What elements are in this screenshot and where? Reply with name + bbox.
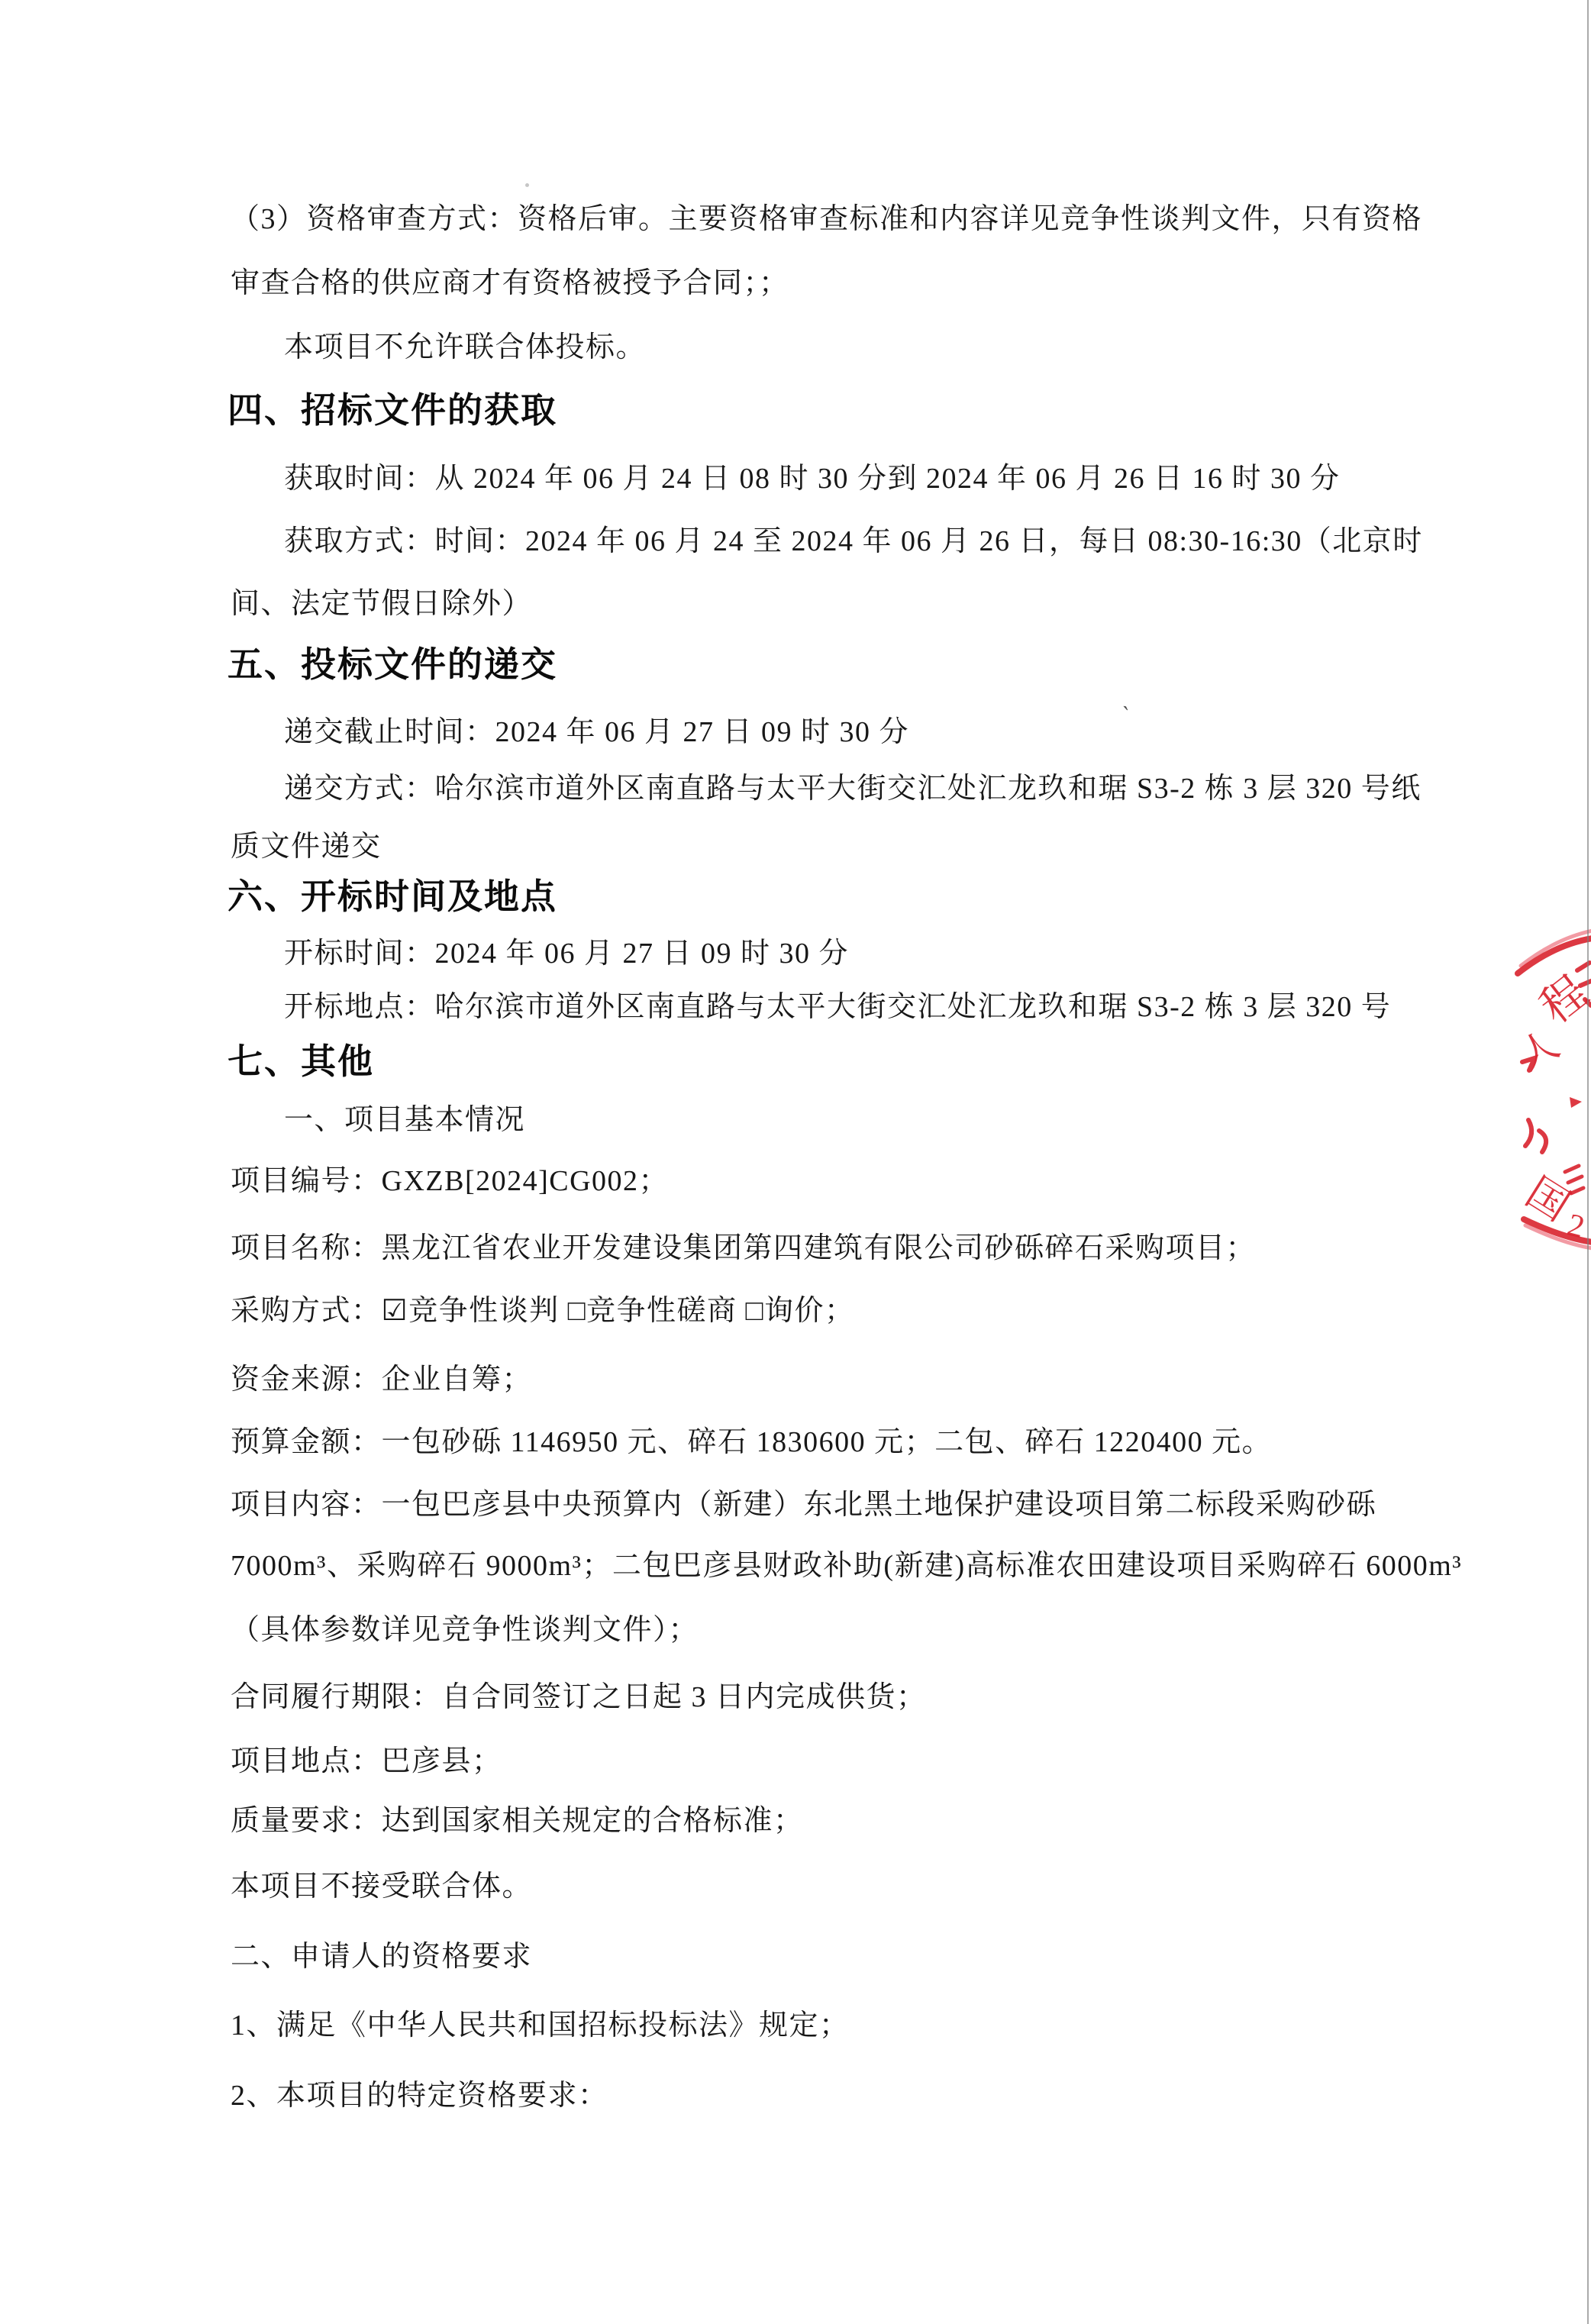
doc-line-budget: 预算金额：一包砂砾 1146950 元、碎石 1830600 元；二包、碎石 1…	[231, 1428, 1272, 1457]
doc-line-qualification-2: 2、本项目的特定资格要求：	[231, 2081, 608, 2110]
doc-line-procurement-method: 采购方式：☑竞争性谈判 □竞争性磋商 □询价；	[231, 1296, 854, 1325]
doc-line: 递交方式：哈尔滨市道外区南直路与太平大街交汇处汇龙玖和琚 S3-2 栋 3 层 …	[284, 774, 1422, 803]
doc-line-project-content-2: 7000m³、采购碎石 9000m³；二包巴彦县财政补助(新建)高标准农田建设项…	[231, 1551, 1462, 1580]
doc-line: 递交截止时间：2024 年 06 月 27 日 09 时 30 分	[284, 718, 909, 747]
doc-line-qualification-heading: 二、申请人的资格要求	[231, 1942, 532, 1971]
doc-line: 获取时间：从 2024 年 06 月 24 日 08 时 30 分到 2024 …	[284, 464, 1341, 493]
section-heading-4: 四、招标文件的获取	[228, 393, 557, 428]
doc-line-project-number: 项目编号：GXZB[2024]CG002；	[231, 1167, 669, 1196]
doc-line: 质文件递交	[231, 832, 382, 861]
doc-line: 本项目不接受联合体。	[231, 1872, 532, 1901]
stray-scan-mark: ˋ	[1118, 702, 1131, 728]
doc-line-contract-period: 合同履行期限：自合同签订之日起 3 日内完成供货；	[231, 1683, 927, 1712]
doc-line: 获取方式：时间：2024 年 06 月 24 至 2024 年 06 月 26 …	[284, 527, 1423, 556]
seal-char-cheng: 程	[1531, 967, 1591, 1033]
doc-line: 一、项目基本情况	[284, 1106, 525, 1135]
section-heading-7: 七、其他	[228, 1044, 374, 1080]
seal-char-ren: 人	[1512, 1022, 1566, 1078]
red-seal-stamp: 程 人 国 2	[1495, 920, 1591, 1264]
doc-line: 开标地点：哈尔滨市道外区南直路与太平大街交汇处汇龙玖和琚 S3-2 栋 3 层 …	[284, 993, 1391, 1022]
doc-line-project-content: 项目内容：一包巴彦县中央预算内（新建）东北黑土地保护建设项目第二标段采购砂砾	[231, 1490, 1376, 1519]
doc-line: 审查合格的供应商才有资格被授予合同；；	[231, 269, 789, 298]
scanned-document-page: （3）资格审查方式：资格后审。主要资格审查标准和内容详见竞争性谈判文件，只有资格…	[0, 0, 1591, 2324]
section-heading-6: 六、开标时间及地点	[228, 880, 557, 915]
doc-line-project-location: 项目地点：巴彦县；	[231, 1747, 502, 1776]
doc-line-project-name: 项目名称：黑龙江省农业开发建设集团第四建筑有限公司砂砾碎石采购项目；	[231, 1234, 1256, 1263]
red-seal-graphic: 程 人 国 2	[1495, 920, 1591, 1264]
doc-line: （3）资格审查方式：资格后审。主要资格审查标准和内容详见竞争性谈判文件，只有资格	[231, 205, 1422, 234]
doc-line-funding-source: 资金来源：企业自筹；	[231, 1365, 532, 1394]
section-heading-5: 五、投标文件的递交	[228, 647, 557, 683]
doc-line: 本项目不允许联合体投标。	[284, 333, 646, 362]
seal-star-point	[1570, 1097, 1582, 1108]
scan-edge-line	[1587, 0, 1589, 2324]
doc-line-qualification-1: 1、满足《中华人民共和国招标投标法》规定；	[231, 2011, 850, 2040]
doc-line: （具体参数详见竞争性谈判文件）；	[231, 1616, 699, 1645]
doc-line: 间、法定节假日除外）	[231, 589, 532, 618]
doc-line: 开标时间：2024 年 06 月 27 日 09 时 30 分	[284, 939, 849, 968]
doc-line-quality-requirement: 质量要求：达到国家相关规定的合格标准；	[231, 1806, 804, 1835]
stray-scan-dot	[525, 183, 529, 187]
